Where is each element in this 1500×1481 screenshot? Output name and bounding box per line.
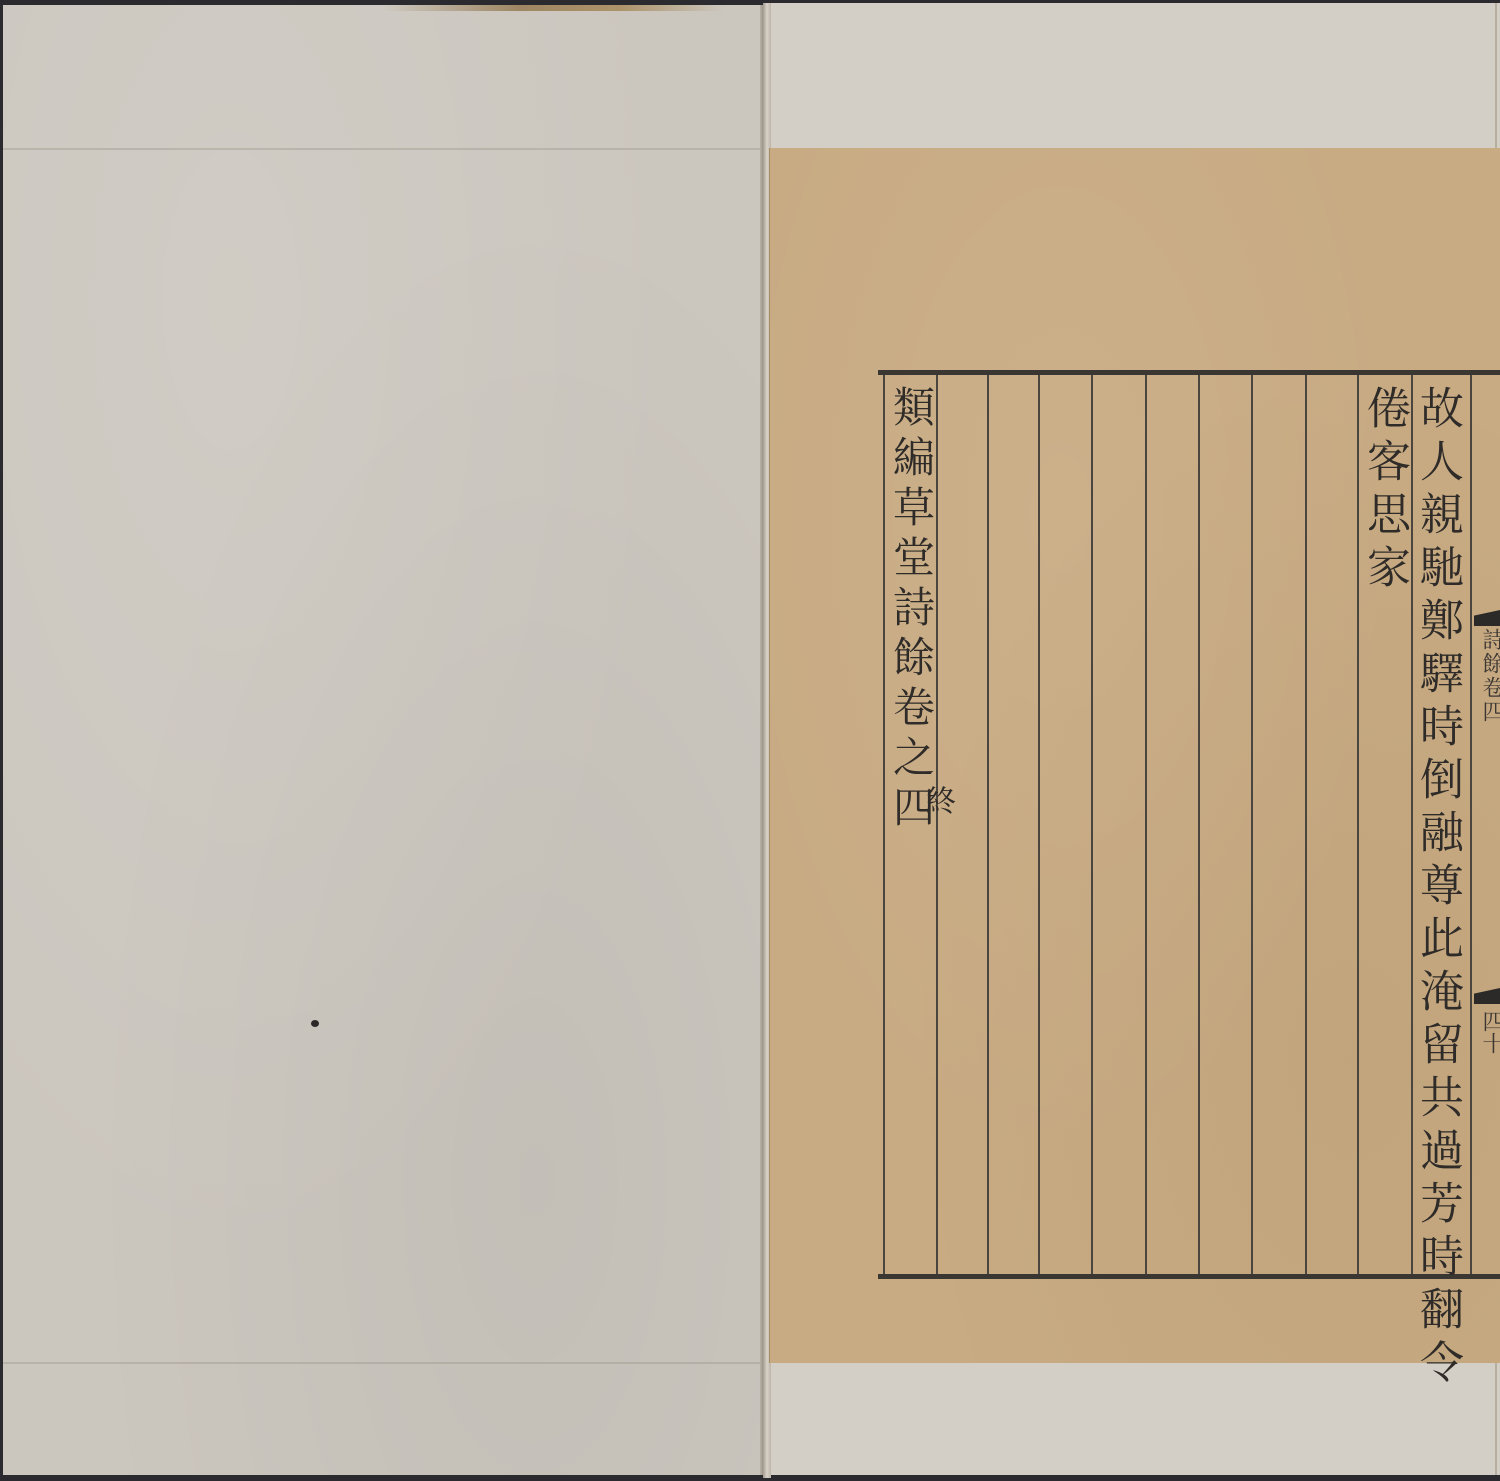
text-column-2: 倦客思家	[1362, 385, 1406, 597]
column-rule	[1145, 375, 1147, 1274]
end-mark: 終	[922, 785, 952, 823]
column-rule	[1251, 375, 1253, 1274]
column-rule	[1038, 375, 1040, 1274]
column-rule	[1198, 375, 1200, 1274]
column-rule	[1470, 375, 1472, 1274]
ink-speck	[311, 1020, 319, 1027]
column-rule	[883, 375, 885, 1274]
frame-bottom-border	[878, 1274, 1500, 1279]
banxin-page-number: 四十	[1476, 1010, 1500, 1054]
column-rule	[987, 375, 989, 1274]
text-column-1: 故人親馳鄭驛時倒融尊此淹留共過芳時翻令	[1415, 385, 1459, 1392]
column-rule	[936, 375, 938, 1274]
left-blank-page	[3, 5, 763, 1475]
fold-line-top	[3, 148, 763, 150]
frame-top-border	[878, 370, 1500, 375]
book-spread: 故人親馳鄭驛時倒融尊此淹留共過芳時翻令 倦客思家 類編草堂詩餘卷之四 終 詩餘卷…	[0, 0, 1500, 1481]
edge-stain	[383, 5, 723, 11]
column-rule	[1305, 375, 1307, 1274]
column-rule	[1091, 375, 1093, 1274]
fold-line-bottom	[3, 1362, 763, 1364]
printed-panel	[769, 148, 1500, 1363]
chapter-end-title: 類編草堂詩餘卷之四	[890, 385, 932, 835]
banxin-title: 詩餘卷四	[1476, 628, 1500, 724]
